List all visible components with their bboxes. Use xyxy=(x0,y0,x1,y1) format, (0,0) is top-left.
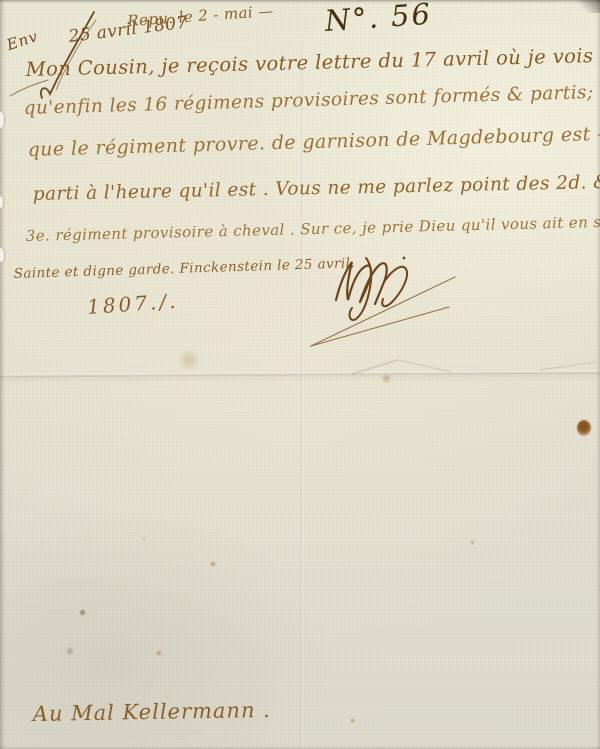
paper-edge-chip xyxy=(0,112,4,128)
paper-edge-right xyxy=(596,0,600,749)
letter-scan: Env 25 avril 1807 Repu. le 2 - mai — N°.… xyxy=(0,0,600,749)
paper-edge-chip xyxy=(0,248,4,262)
paper-edge-top xyxy=(0,0,600,4)
address-line: Au Mal Kellermann . xyxy=(33,698,271,726)
paper-corner-top-right xyxy=(570,0,600,13)
paper-edge-chip xyxy=(0,196,3,208)
